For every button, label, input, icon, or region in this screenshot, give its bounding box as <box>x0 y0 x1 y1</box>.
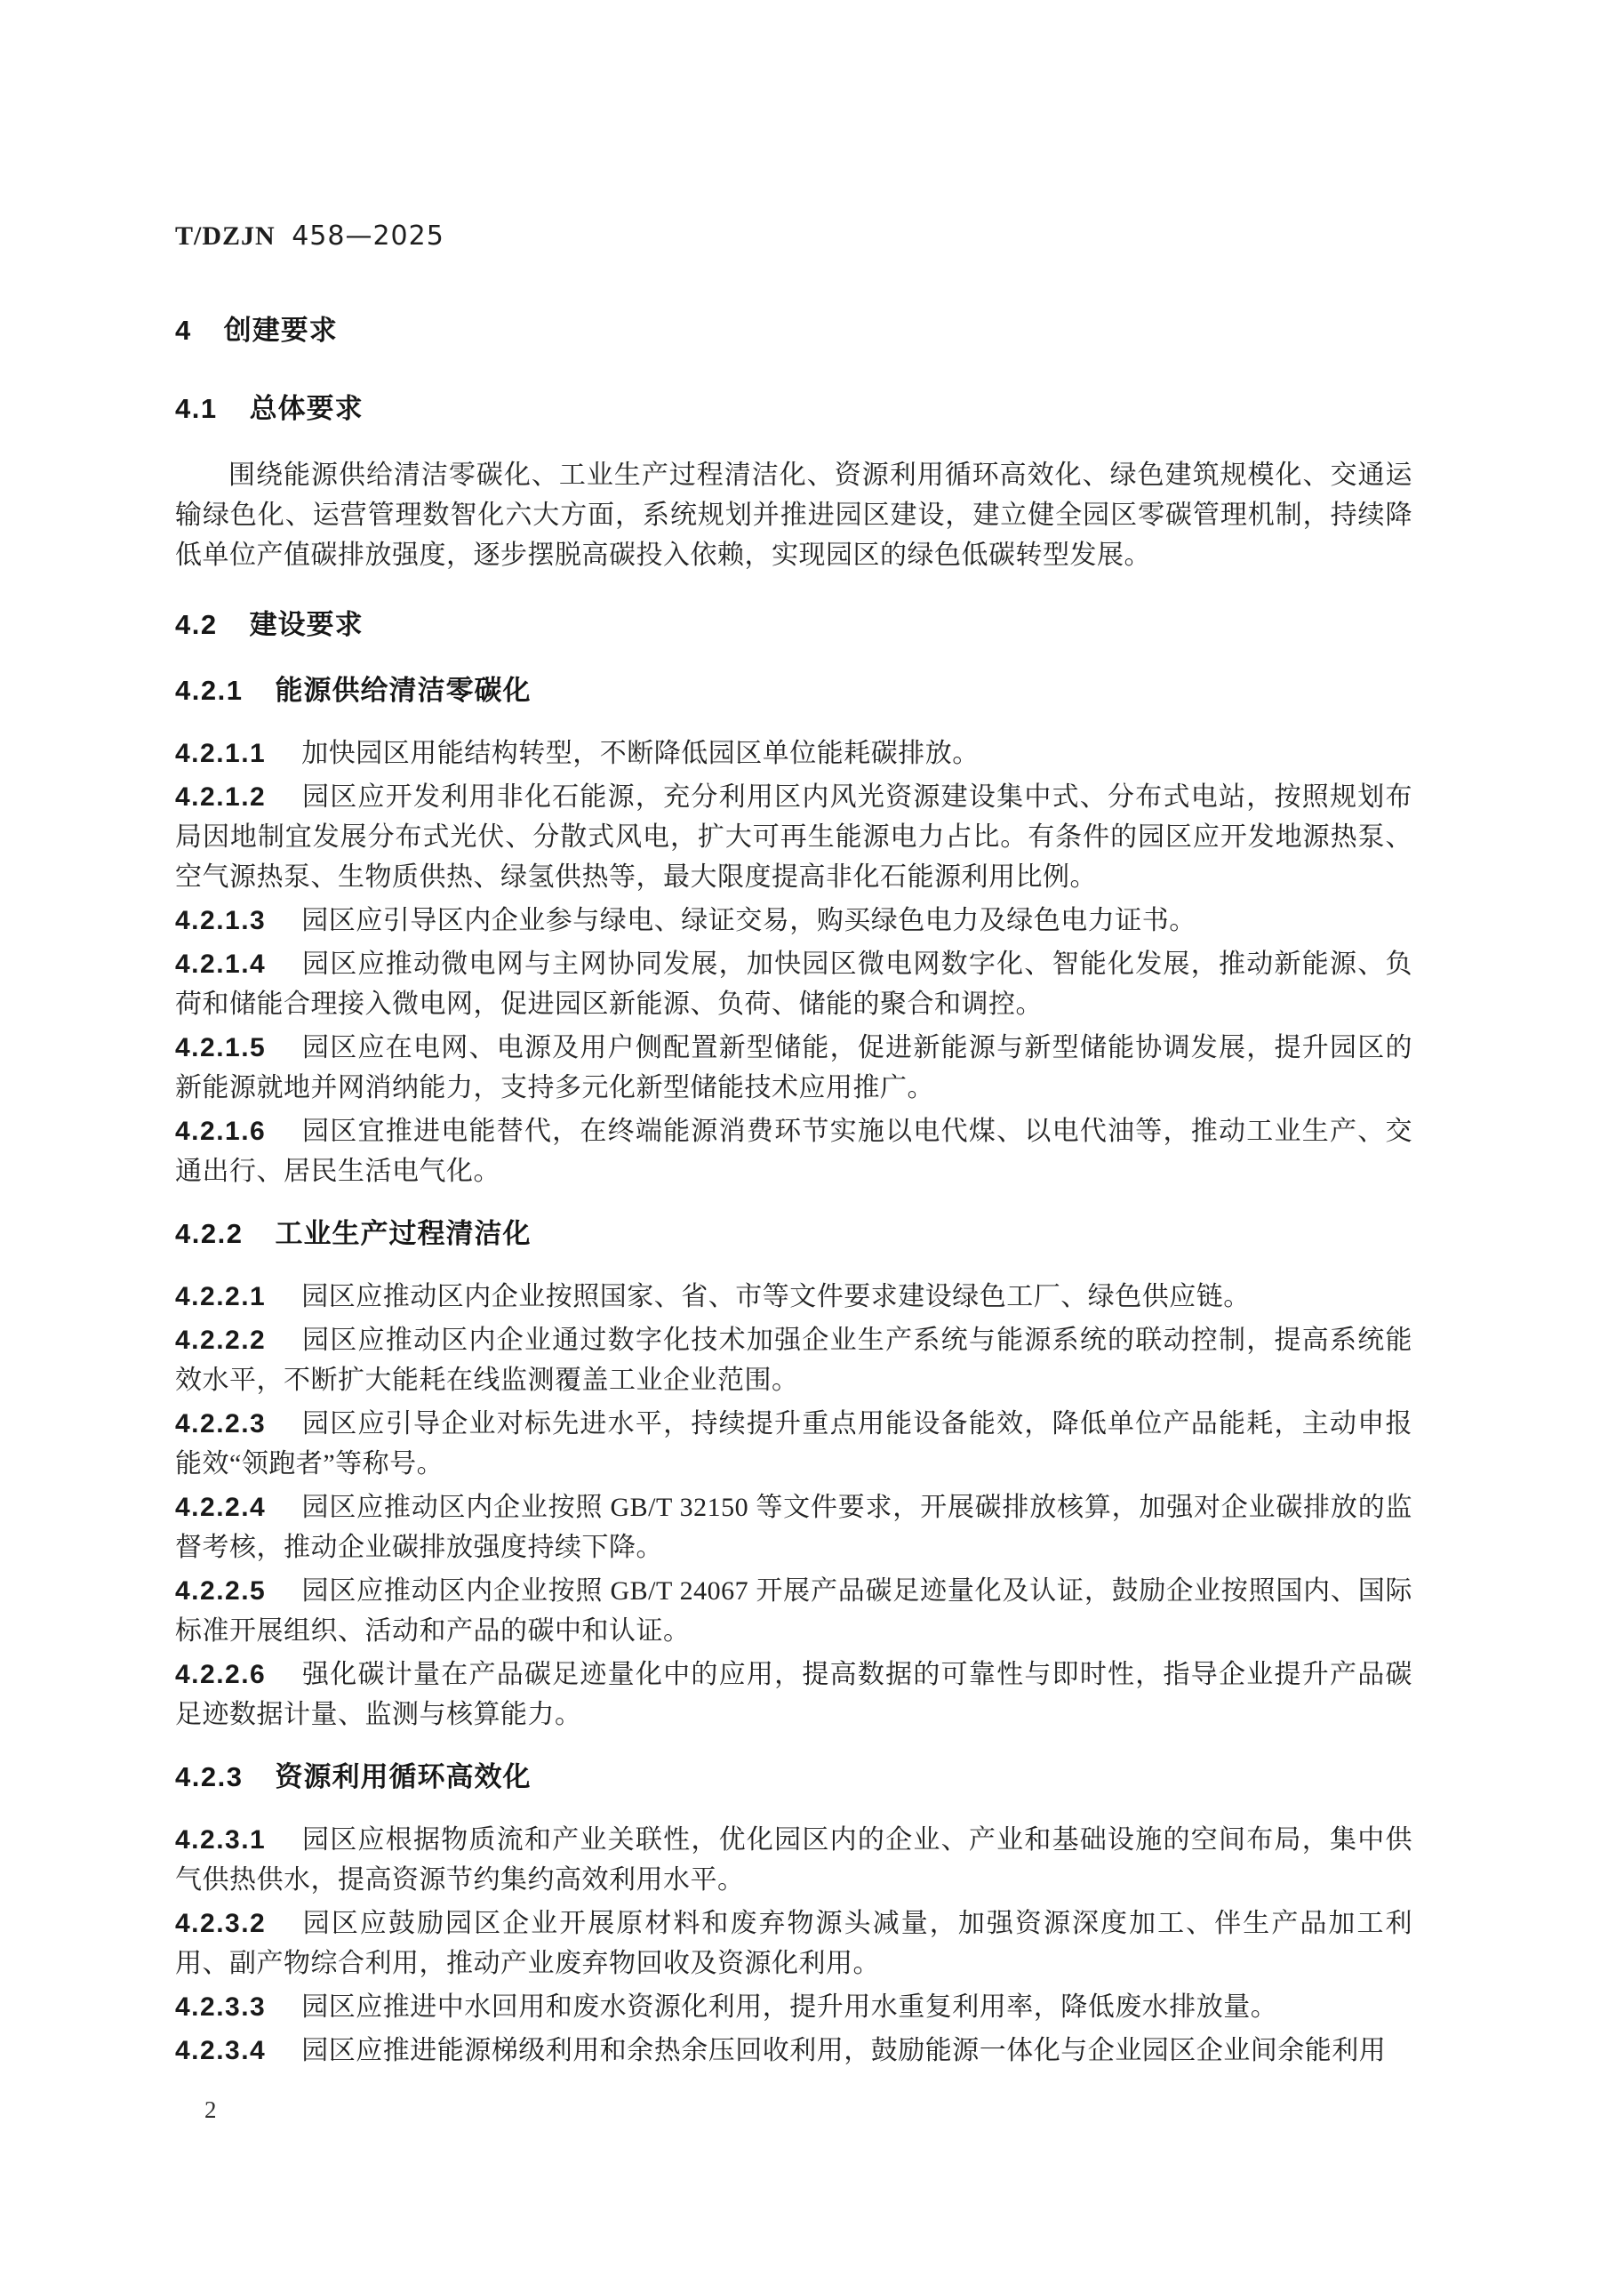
block-text: 围绕能源供给清洁零碳化、工业生产过程清洁化、资源利用循环高效化、绿色建筑规模化、… <box>175 461 1412 570</box>
clause-4.2.1.5: 4.2.1.5园区应在电网、电源及用户侧配置新型储能，促进新能源与新型储能协调发… <box>175 1028 1412 1108</box>
clause-number-4.2.1.2: 4.2.1.2 <box>175 782 266 812</box>
standard-code-prefix: T/DZJN <box>175 221 276 251</box>
clause-number-4.2.1.5: 4.2.1.5 <box>175 1033 266 1062</box>
document-page: T/DZJN 458—2025 4创建要求4.1总体要求围绕能源供给清洁零碳化、… <box>0 0 1624 2276</box>
clause-number-4.2.3.2: 4.2.3.2 <box>175 1909 266 1938</box>
heading-number-4.2.2: 4.2.2 <box>175 1218 243 1249</box>
clause-number-4.2.2.1: 4.2.2.1 <box>175 1282 266 1311</box>
clause-text: 园区应推进中水回用和废水资源化利用，提升用水重复利用率，降低废水排放量。 <box>301 1992 1277 2022</box>
block-text: 工业生产过程清洁化 <box>275 1218 531 1249</box>
clause-4.2.3.1: 4.2.3.1园区应根据物质流和产业关联性，优化园区内的企业、产业和基础设施的空… <box>175 1820 1412 1900</box>
clause-4.2.2.3: 4.2.2.3园区应引导企业对标先进水平，持续提升重点用能设备能效，降低单位产品… <box>175 1404 1412 1484</box>
standard-code-number: 458—2025 <box>292 220 444 252</box>
clause-4.2.1.4: 4.2.1.4园区应推动微电网与主网协同发展，加快园区微电网数字化、智能化发展，… <box>175 944 1412 1024</box>
clause-text: 园区应推动微电网与主网协同发展，加快园区微电网数字化、智能化发展，推动新能源、负… <box>175 950 1412 1019</box>
clause-number-4.2.2.2: 4.2.2.2 <box>175 1326 266 1355</box>
clause-number-4.2.3.1: 4.2.3.1 <box>175 1825 266 1855</box>
block-text: 资源利用循环高效化 <box>275 1761 531 1792</box>
clause-text: 园区应推动区内企业按照国家、省、市等文件要求建设绿色工厂、绿色供应链。 <box>301 1282 1251 1311</box>
clause-number-4.2.1.3: 4.2.1.3 <box>175 906 266 935</box>
clause-text: 加快园区用能结构转型，不断降低园区单位能耗碳排放。 <box>301 739 980 768</box>
clause-text: 强化碳计量在产品碳足迹量化中的应用，提高数据的可靠性与即时性，指导企业提升产品碳… <box>175 1660 1412 1729</box>
heading-number-4.2: 4.2 <box>175 609 218 640</box>
clause-4.2.3.2: 4.2.3.2园区应鼓励园区企业开展原材料和废弃物源头减量，加强资源深度加工、伴… <box>175 1903 1412 1983</box>
clause-text: 园区应引导企业对标先进水平，持续提升重点用能设备能效，降低单位产品能耗，主动申报… <box>175 1409 1412 1479</box>
standard-code: T/DZJN 458—2025 <box>175 220 444 252</box>
clause-number-4.2.2.3: 4.2.2.3 <box>175 1409 266 1439</box>
clause-4.2.3.4: 4.2.3.4园区应推进能源梯级利用和余热余压回收利用，鼓励能源一体化与企业园区… <box>175 2031 1412 2071</box>
heading-4.2.1: 4.2.1能源供给清洁零碳化 <box>175 671 1412 710</box>
heading-number-4.1: 4.1 <box>175 393 218 424</box>
block-text: 总体要求 <box>250 393 364 424</box>
clause-4.2.3.3: 4.2.3.3园区应推进中水回用和废水资源化利用，提升用水重复利用率，降低废水排… <box>175 1987 1412 2027</box>
clause-4.2.2.5: 4.2.2.5园区应推动区内企业按照 GB/T 24067 开展产品碳足迹量化及… <box>175 1571 1412 1651</box>
clause-4.2.1.2: 4.2.1.2园区应开发利用非化石能源，充分利用区内风光资源建设集中式、分布式电… <box>175 777 1412 897</box>
clause-text: 园区应推动区内企业通过数字化技术加强企业生产系统与能源系统的联动控制，提高系统能… <box>175 1326 1412 1395</box>
clause-4.2.2.4: 4.2.2.4园区应推动区内企业按照 GB/T 32150 等文件要求，开展碳排… <box>175 1487 1412 1567</box>
page-number: 2 <box>204 2096 217 2124</box>
heading-number-4: 4 <box>175 315 192 346</box>
heading-4.2: 4.2建设要求 <box>175 605 1412 645</box>
heading-number-4.2.3: 4.2.3 <box>175 1761 243 1792</box>
clause-number-4.2.2.4: 4.2.2.4 <box>175 1493 266 1522</box>
block-text: 创建要求 <box>224 315 338 346</box>
clause-number-4.2.2.5: 4.2.2.5 <box>175 1576 266 1606</box>
clause-4.2.1.3: 4.2.1.3园区应引导区内企业参与绿电、绿证交易，购买绿色电力及绿色电力证书。 <box>175 901 1412 941</box>
clause-text: 园区应引导区内企业参与绿电、绿证交易，购买绿色电力及绿色电力证书。 <box>301 906 1196 935</box>
clause-number-4.2.1.4: 4.2.1.4 <box>175 950 266 979</box>
clause-4.2.2.2: 4.2.2.2园区应推动区内企业通过数字化技术加强企业生产系统与能源系统的联动控… <box>175 1320 1412 1400</box>
clause-text: 园区宜推进电能替代，在终端能源消费环节实施以电代煤、以电代油等，推动工业生产、交… <box>175 1117 1412 1186</box>
clause-text: 园区应鼓励园区企业开展原材料和废弃物源头减量，加强资源深度加工、伴生产品加工利用… <box>175 1909 1412 1978</box>
clause-number-4.2.3.3: 4.2.3.3 <box>175 1992 266 2022</box>
heading-4.1: 4.1总体要求 <box>175 389 1412 429</box>
clause-4.2.2.1: 4.2.2.1园区应推动区内企业按照国家、省、市等文件要求建设绿色工厂、绿色供应… <box>175 1277 1412 1317</box>
paragraph-2: 围绕能源供给清洁零碳化、工业生产过程清洁化、资源利用循环高效化、绿色建筑规模化、… <box>175 455 1412 575</box>
heading-4.2.2: 4.2.2工业生产过程清洁化 <box>175 1214 1412 1254</box>
clause-4.2.1.1: 4.2.1.1加快园区用能结构转型，不断降低园区单位能耗碳排放。 <box>175 733 1412 773</box>
clause-4.2.2.6: 4.2.2.6强化碳计量在产品碳足迹量化中的应用，提高数据的可靠性与即时性，指导… <box>175 1655 1412 1735</box>
block-text: 建设要求 <box>250 609 364 640</box>
clause-number-4.2.1.1: 4.2.1.1 <box>175 739 266 768</box>
clause-number-4.2.3.4: 4.2.3.4 <box>175 2036 266 2065</box>
block-text: 能源供给清洁零碳化 <box>275 675 531 706</box>
clause-number-4.2.2.6: 4.2.2.6 <box>175 1660 266 1689</box>
clause-number-4.2.1.6: 4.2.1.6 <box>175 1117 266 1146</box>
clause-4.2.1.6: 4.2.1.6园区宜推进电能替代，在终端能源消费环节实施以电代煤、以电代油等，推… <box>175 1111 1412 1191</box>
document-body: 4创建要求4.1总体要求围绕能源供给清洁零碳化、工业生产过程清洁化、资源利用循环… <box>175 311 1412 2074</box>
clause-text: 园区应推动区内企业按照 GB/T 32150 等文件要求，开展碳排放核算，加强对… <box>175 1493 1412 1562</box>
heading-4.2.3: 4.2.3资源利用循环高效化 <box>175 1758 1412 1797</box>
clause-text: 园区应推动区内企业按照 GB/T 24067 开展产品碳足迹量化及认证，鼓励企业… <box>175 1576 1412 1646</box>
heading-number-4.2.1: 4.2.1 <box>175 675 243 706</box>
clause-text: 园区应开发利用非化石能源，充分利用区内风光资源建设集中式、分布式电站，按照规划布… <box>175 782 1412 892</box>
clause-text: 园区应在电网、电源及用户侧配置新型储能，促进新能源与新型储能协调发展，提升园区的… <box>175 1033 1412 1102</box>
clause-text: 园区应推进能源梯级利用和余热余压回收利用，鼓励能源一体化与企业园区企业间余能利用 <box>301 2036 1386 2065</box>
heading-4: 4创建要求 <box>175 311 1412 350</box>
clause-text: 园区应根据物质流和产业关联性，优化园区内的企业、产业和基础设施的空间布局，集中供… <box>175 1825 1412 1895</box>
